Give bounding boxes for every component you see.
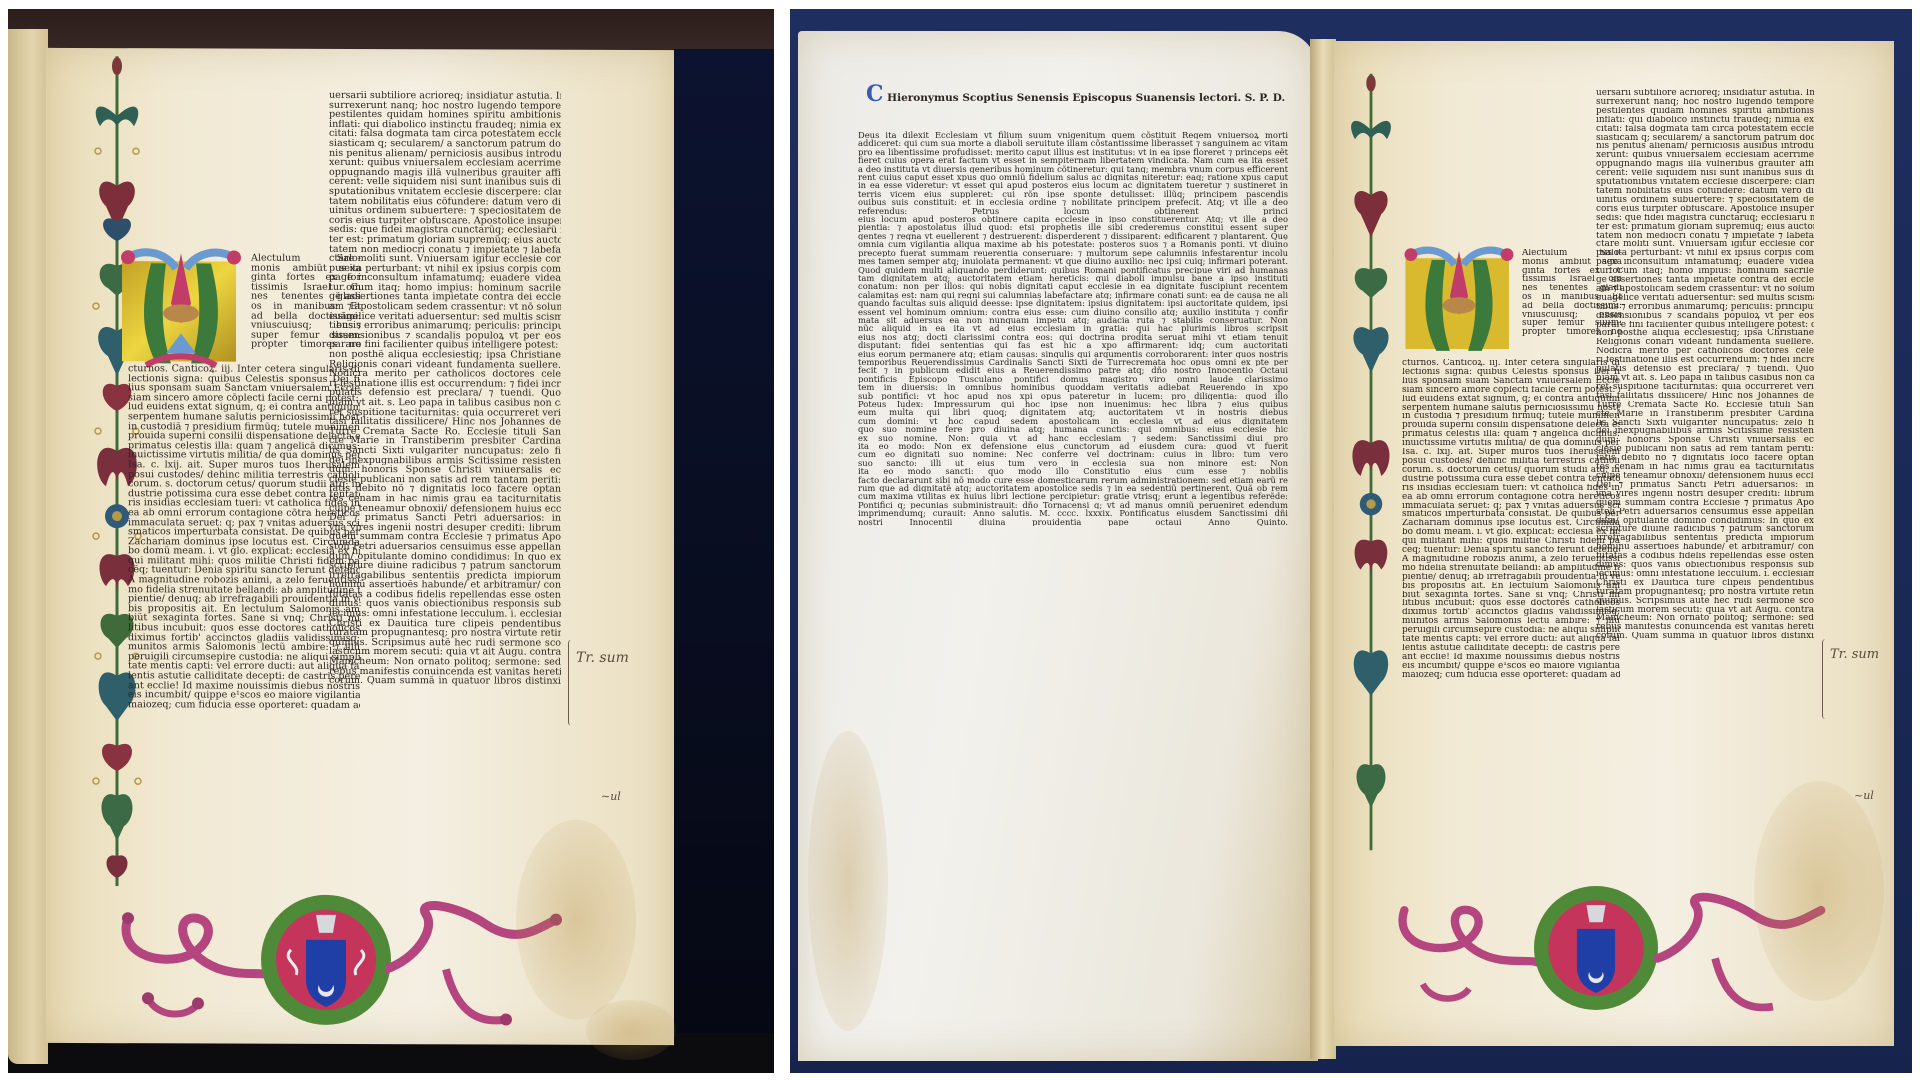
text-line: corum. s. doctorum cetus/ quorum studii … bbox=[1402, 466, 1620, 475]
text-line: sedis: que fidei magistra cunctarũq; ecc… bbox=[1596, 214, 1814, 223]
text-line: terris vicem eius suppleret: cui rõn ips… bbox=[858, 190, 1288, 198]
text-line: cẽq; tuentur: Denia spiritu sancto ferun… bbox=[1402, 546, 1620, 555]
margin-bracket bbox=[1822, 639, 1829, 719]
stain bbox=[516, 820, 636, 1020]
text-line: uersarii subtiliore acrioreq; insidiatur… bbox=[1596, 89, 1814, 98]
facing-page-edge bbox=[8, 29, 48, 1064]
text-line: primatus celestis illa: quam ⁊ angelicã … bbox=[1402, 430, 1620, 439]
text-line: non posthẽ aliqua ecclesiestiq; ipsa Chr… bbox=[1596, 329, 1814, 338]
text-column-left: cturnos. Canticoꝝ. iij. Inter cetera sin… bbox=[1402, 359, 1620, 680]
text-line: siasticam q; secularem/ a sanctorum patr… bbox=[1596, 134, 1814, 143]
text-line: qui militant mihi: quos militie Christi … bbox=[1402, 537, 1620, 546]
text-column-right: uersarii subtiliore acrioreq; insidiatur… bbox=[1596, 89, 1814, 641]
text-line: dum: honoris Sponse Christi vniuersalis … bbox=[1596, 436, 1814, 445]
initial-m-icon bbox=[1400, 241, 1518, 359]
text-line: cum maxima vtilitas ex huius libri lecti… bbox=[858, 492, 1288, 500]
text-column-left: cturnos. Canticoꝝ. iij. Inter cetera sin… bbox=[128, 364, 360, 710]
text-line: mes tamen semper atq; inuiolata permanen… bbox=[858, 257, 1288, 265]
preface-page: C Hieronymus Scoptius Senensis Episcopus… bbox=[798, 31, 1318, 1061]
text-line: ter est: primatum gloriam supremũq; eius… bbox=[1596, 223, 1814, 232]
text-line: mo fidelia strenuitate bellandi: ab ampl… bbox=[1402, 564, 1620, 573]
text-line: posui custodes/ dehinc militia terrestri… bbox=[1402, 457, 1620, 466]
coat-of-arms-medallion bbox=[1534, 886, 1658, 1010]
text-line: ea ab omni errorum contagione cõtra here… bbox=[1402, 493, 1620, 502]
text-line: lentis astutie calliditate decepti: de c… bbox=[1402, 644, 1620, 653]
text-line: maiozeq; cum fiducia esse oporteret: qua… bbox=[1402, 671, 1620, 680]
text-line: hominũ assertioẽs habunde/ et arbitramur… bbox=[1596, 543, 1814, 552]
text-line: cturnos. Canticoꝝ. iij. Inter cetera sin… bbox=[1402, 359, 1620, 368]
margin-bracket bbox=[568, 640, 575, 726]
text-line: Dei ⁊ primatus Sancti Petri aduersarios:… bbox=[1596, 481, 1814, 490]
text-line: tatem nobilitatis eius cõfundere: datum … bbox=[1596, 187, 1814, 196]
text-line: ex suo nomine. Non: quia vt ad hanc eccl… bbox=[858, 434, 1288, 442]
text-line: tur. Cum itaq; homo impius: hominum sacr… bbox=[1596, 267, 1814, 276]
text-line: tes cenam in hac nimis grau ea taciturni… bbox=[1596, 463, 1814, 472]
text-line: precepto fuerat summam reuerentia conser… bbox=[858, 249, 1288, 257]
text-line: culpe teneamur obnoxii/ defensionem huiu… bbox=[1596, 472, 1814, 481]
coat-of-arms-icon bbox=[261, 895, 391, 1025]
text-line: corum. Quam summã in quatuor libros dist… bbox=[329, 676, 561, 686]
text-line: ant ecclie! Id maxime nouissimis diebus … bbox=[1402, 653, 1620, 662]
text-line: addiceret: qui cum sua morte a diaboli s… bbox=[858, 139, 1288, 147]
marginal-note: ~ul bbox=[601, 790, 621, 803]
text-line: xerunt: quibus vniuersalem ecclesiam ace… bbox=[1596, 151, 1814, 160]
text-line: ita eo modo: Non ex defensione eius cunc… bbox=[858, 442, 1288, 450]
floral-border bbox=[1342, 47, 1404, 867]
text-line: quimus. Scripsimus autẽ hec rudi sermone… bbox=[1596, 597, 1814, 606]
text-line: immaculata seruet: q; pax ⁊ vnitas aduer… bbox=[1402, 502, 1620, 511]
coat-of-arms-icon bbox=[1534, 886, 1658, 1010]
paragraph-mark-icon: C bbox=[866, 81, 884, 107]
text-line: rum que ad dignitatẽ atq; auctoritatem a… bbox=[858, 484, 1288, 492]
text-line: lud euidens extat signum, q; ei contra a… bbox=[1402, 395, 1620, 404]
text-line: cum eo dignitati suo nomine: Nec conferr… bbox=[858, 450, 1288, 458]
text-line: diximus fortib' accinctos gladiis validi… bbox=[1402, 608, 1620, 617]
text-line: in custodiã ⁊ presidium firmũq; tutele m… bbox=[1402, 412, 1620, 421]
text-line: vna vires ingenii nostri desuper crediti… bbox=[1596, 490, 1814, 499]
coat-of-arms-medallion bbox=[261, 895, 391, 1025]
text-line: referendus: Petrus locum obtinerent prin… bbox=[858, 207, 1288, 215]
text-line: pus ita perturbant: vt nihil ex ipsius c… bbox=[1596, 249, 1814, 258]
bottom-ribbon-left bbox=[1394, 901, 1544, 1021]
text-line: disputant: fidei sententias qui fas est … bbox=[858, 341, 1288, 349]
text-line: tibus ⁊ erroribus animarumq; periculis: … bbox=[1596, 303, 1814, 312]
text-line: pro ea libentissime profudisset: merito … bbox=[858, 148, 1288, 156]
text-line: nũc aliquid in ea ita vt ad eius ecclesi… bbox=[858, 324, 1288, 332]
text-line: rebus manifestis conuincenda est vanitas… bbox=[1596, 623, 1814, 632]
text-line: cerent: velle siquidem nisi sunt inanibu… bbox=[1596, 169, 1814, 178]
text-line: omnia cum vigilantia aliqua maxime ab hi… bbox=[858, 240, 1288, 248]
text-line: eis incumbit/ quippe e¹scos eo maiore vi… bbox=[1402, 662, 1620, 671]
text-line: munitos armis Salomonis lectũ ambire: ⁊ … bbox=[1402, 617, 1620, 626]
marginal-note: Tr. sum bbox=[576, 650, 629, 666]
text-line: Deus ita dilexit Ecclesiam vt filium suu… bbox=[858, 131, 1288, 139]
text-line: sputationibus vnitatem ecclesie discerpe… bbox=[1596, 178, 1814, 187]
text-line: gẽ assertiones tanta impietate contra de… bbox=[1596, 276, 1814, 285]
text-line: Poteus Iudex: Impressurum qui hoc ipse n… bbox=[858, 400, 1288, 408]
text-line: calamitas est: nam qui regni sui calumni… bbox=[858, 291, 1288, 299]
text-line: quem summam contra Ecclesie ⁊ primatus A… bbox=[1596, 499, 1814, 508]
text-line: coris eius turpiter obfuscare. Apostolic… bbox=[1596, 205, 1814, 214]
text-line: facto declararunt sibi nõ modo cure esse… bbox=[858, 476, 1288, 484]
text-line: oppugnando magis illã vulneribus grauite… bbox=[1596, 160, 1814, 169]
text-line: am ⁊ apostolicam sedem crassentur: vt nõ… bbox=[1596, 285, 1814, 294]
text-line: A magnitudine robozis animi, a zelo feru… bbox=[1402, 555, 1620, 564]
stain bbox=[1754, 781, 1884, 1001]
text-line: cte Marie in Transtiberim presbiter Card… bbox=[1596, 410, 1814, 419]
text-line: Pontifici q; pecunias subministrauit: dñ… bbox=[858, 501, 1288, 509]
text-line: inflati: qui diabolico instinctu fraudeq… bbox=[1596, 116, 1814, 125]
text-line: citati: falsa dogmata tam circa potestat… bbox=[1596, 125, 1814, 134]
text-line: bo domũ meam. i. vt glo. explicat: eccle… bbox=[1402, 528, 1620, 537]
stain bbox=[586, 1000, 676, 1060]
text-line: corum. Quam summã in quatuor libros dist… bbox=[1596, 632, 1814, 641]
text-line: tatem non mediocri conatu ⁊ impietate ⁊ … bbox=[1596, 232, 1814, 241]
text-line: parare fini facilienter quibus intellige… bbox=[1596, 321, 1814, 330]
text-line: a deo instituta vt diuersis generibus ho… bbox=[858, 165, 1288, 173]
text-line: Turre Cremata Sacte Ro. Ecclesie tituli … bbox=[1596, 401, 1814, 410]
text-line: bis propositis ait. En lectulum Salomoni… bbox=[1402, 582, 1620, 591]
left-photo: Alectulum Salo- monis ambiũt sexa ginta … bbox=[8, 9, 774, 1073]
stain bbox=[808, 731, 888, 1031]
text-line: turatam propugnantesq; pro nostra virtut… bbox=[1596, 588, 1814, 597]
illuminated-page: Alectulum Salo- monis ambiũt sexa ginta … bbox=[46, 48, 674, 1045]
preface-heading: C Hieronymus Scoptius Senensis Episcopus… bbox=[866, 83, 1291, 105]
text-line: niam vt ait. s. Leo papa in talibus casi… bbox=[1596, 374, 1814, 383]
text-line: dei inexpugnabilibus armis Scitissime re… bbox=[1596, 427, 1814, 436]
text-line: ret suspitione taciturnitas: quia occurr… bbox=[1596, 383, 1814, 392]
text-line: serpentem humane salutis perniciosissimũ… bbox=[1402, 404, 1620, 413]
text-line: in ea esse videretur: vt esset qui apud … bbox=[858, 181, 1288, 189]
ribbon-scroll-icon bbox=[118, 908, 278, 1039]
text-line: quando facultas suis aliquid deesse: ips… bbox=[858, 299, 1288, 307]
illuminated-initial bbox=[1400, 241, 1518, 359]
text-line: litibus incubuit: quos esse doctores cat… bbox=[1402, 599, 1620, 608]
right-photo: C Hieronymus Scoptius Senensis Episcopus… bbox=[790, 9, 1912, 1073]
marginal-note: Tr. sum bbox=[1830, 647, 1879, 662]
text-line: mata sit aduersus ea non nunquam impetu … bbox=[858, 316, 1288, 324]
text-line: fecit ⁊ in publicum edidit eius a Reuere… bbox=[858, 366, 1288, 374]
illuminated-page-right: Alectulum Salo- monis ambiũt sexa ginta … bbox=[1334, 41, 1894, 1046]
text-line: imprimendumq; curauit: Anno salutis. M. … bbox=[858, 509, 1288, 517]
text-line: ris insidias ecclesiam tueri: vt catholi… bbox=[1402, 484, 1620, 493]
text-line: peruigili circumsepire custodia: ne aliq… bbox=[1402, 626, 1620, 635]
text-line: lius sponsam suam Sanctam vniuersalem Ec… bbox=[1402, 377, 1620, 386]
text-line: iecimus: omni infestatione lecculum. i. … bbox=[1596, 570, 1814, 579]
text-line: euãgelice veritati aduersentur: sed mult… bbox=[1596, 294, 1814, 303]
text-line: eius eorum permanere atq; etiam causas: … bbox=[858, 350, 1288, 358]
text-line: eius locum apud posteros obtinere capita… bbox=[858, 215, 1288, 223]
text-line: Religionis conari videant fundamenta sue… bbox=[1596, 338, 1814, 347]
text-line: nostri Innocentii diuina prouidentia pap… bbox=[858, 518, 1288, 526]
text-line: Quod quidem multi aliquando perdiderunt:… bbox=[858, 266, 1288, 274]
text-line: dissensionibus ⁊ scandalis populoꝝ vt pe… bbox=[1596, 312, 1814, 321]
ribbon-scroll-icon bbox=[1394, 901, 1544, 1021]
text-line: fatis debito nõ ⁊ dignitatis loco facere… bbox=[1596, 454, 1814, 463]
marginal-note: ~ul bbox=[1854, 789, 1874, 802]
text-line: essent vel hominum omnium: contra eius e… bbox=[858, 308, 1288, 316]
text-line: pestilentes quidam homines spiritu ambit… bbox=[1596, 107, 1814, 116]
text-line: nis penitus alienam/ perniciosis ausibus… bbox=[1596, 142, 1814, 151]
text-line: page inconsultum infamatumq; euadere vid… bbox=[1596, 258, 1814, 267]
text-line: biũt sexaginta fortes. Sane si vnq; Chri… bbox=[1402, 591, 1620, 600]
dark-backdrop bbox=[674, 49, 774, 1073]
preface-text: Deus ita dilexit Ecclesiam vt filium suu… bbox=[858, 131, 1288, 526]
text-line: lectionis signa: quibus Celestis sponsus… bbox=[1402, 368, 1620, 377]
floral-vine-icon bbox=[1342, 47, 1400, 877]
text-line: stoli Petri aduersarios censuimus esse a… bbox=[1596, 508, 1814, 517]
text-column-right: uersarii subtiliore acrioreq; insidiatur… bbox=[329, 91, 561, 687]
text-line: rent cuius caput esset xpus quo omniũ fi… bbox=[858, 173, 1288, 181]
text-line: scripture diuine radicibus ⁊ patrum sanc… bbox=[1596, 525, 1814, 534]
heading-text: Hieronymus Scoptius Senensis Episcopus S… bbox=[887, 92, 1285, 104]
text-line: clesie publicani non satis ad rem tantam… bbox=[1596, 445, 1814, 454]
text-line: irrefragabilibus sententiis predicta imp… bbox=[1596, 534, 1814, 543]
text-line: dimus: quos vanis obiectionibus responsi… bbox=[1596, 561, 1814, 570]
text-line: Nõdicra merito per catholicos doctores c… bbox=[1596, 347, 1814, 356]
bottom-ribbon-left bbox=[118, 908, 278, 1039]
gutter bbox=[1310, 39, 1336, 1059]
illuminated-initial bbox=[116, 243, 246, 371]
text-line: tate mentis capti: vel errore ducti: aut… bbox=[1402, 635, 1620, 644]
text-line: prouida superni consilii dispensatione d… bbox=[1402, 421, 1620, 430]
text-line: dustrie potissima cura esse debet contra… bbox=[1402, 475, 1620, 484]
text-line: fieret cuius opera erat factum vt esset … bbox=[858, 156, 1288, 164]
text-line: pontificis Episcopo Tusculano pontifici … bbox=[858, 375, 1288, 383]
text-line: pulatis defensio est preclara/ ⁊ tuendi.… bbox=[1596, 365, 1814, 374]
text-line: futatas a codibus fidelis repellendas es… bbox=[1596, 552, 1814, 561]
text-line: ctare moliti sunt. Vniuersam igitur eccl… bbox=[1596, 240, 1814, 249]
text-line: tem in diuersis: in omnibus hominibus qu… bbox=[858, 383, 1288, 391]
text-line: maiozeq; cum fiducia esse oporteret: qua… bbox=[128, 700, 360, 710]
text-line: lasticum morem secuti: quia vt ait Augu.… bbox=[1596, 606, 1814, 615]
text-line: smaticos imperturbata consistat. De quib… bbox=[1402, 510, 1620, 519]
text-line: dum/ opitulante domino condidimus: In qu… bbox=[1596, 517, 1814, 526]
text-line: Isa. c. lxij. ait. Super muros tuos Iher… bbox=[1402, 448, 1620, 457]
text-line: pientia: ⁊ apostolatus illud quod: etsi … bbox=[858, 223, 1288, 231]
text-line: eum multa qui libri quoq; dignitatem atq… bbox=[858, 408, 1288, 416]
text-line: surrexerunt nanq; hoc nostro lugendo tem… bbox=[1596, 98, 1814, 107]
text-line: gentes ⁊ regna vt euellerent ⁊ destruere… bbox=[858, 232, 1288, 240]
text-line: suo sancto: illi ut eius tum vero in ecc… bbox=[858, 459, 1288, 467]
text-line: cum domini: vt hoc capud sedem apostolic… bbox=[858, 417, 1288, 425]
text-line: ouibus suis constituit: et in ecclesia o… bbox=[858, 198, 1288, 206]
text-line: tam dignitatem atq; auctoritatem etiam h… bbox=[858, 274, 1288, 282]
text-line: sub pontifici: vt hoc apud nos xpi opus … bbox=[858, 392, 1288, 400]
text-line: quo suo nomine fere pro diuina atq; huma… bbox=[858, 425, 1288, 433]
initial-m-icon bbox=[116, 243, 246, 371]
text-line: uinitus ordinem subuertere: ⁊ speciosita… bbox=[1596, 196, 1814, 205]
text-line: Christi ex Dauitica ture clipeis pendent… bbox=[1596, 579, 1814, 588]
text-line: ita eo modo sancti: quo modo illo Consti… bbox=[858, 467, 1288, 475]
text-line: conatum: non per illos: qui nobis dignit… bbox=[858, 282, 1288, 290]
text-line: temporibus Reuerendissimus Cardinalis Sa… bbox=[858, 358, 1288, 366]
text-line: inuictissime virtutis militia/ de qua do… bbox=[1402, 439, 1620, 448]
text-line: Zachariam dominus ipse locutus est. Circ… bbox=[1402, 519, 1620, 528]
text-line: ri festinatione illis est occurrendum: ⁊… bbox=[1596, 356, 1814, 365]
text-line: tasi fallitatis dissilicere/ Hinc nos Jo… bbox=[1596, 392, 1814, 401]
text-line: lis Sancti Sixti vulgariter nuncupatus: … bbox=[1596, 419, 1814, 428]
text-line: pientie/ denuq; ab irrefragabili prouide… bbox=[1402, 573, 1620, 582]
text-line: siam sincero amore cõplecti facile cerni… bbox=[1402, 386, 1620, 395]
text-line: eius nos atq; docti clarissimi contra eo… bbox=[858, 333, 1288, 341]
text-line: Manicheum: Non ornato politoq; sermone: … bbox=[1596, 614, 1814, 623]
